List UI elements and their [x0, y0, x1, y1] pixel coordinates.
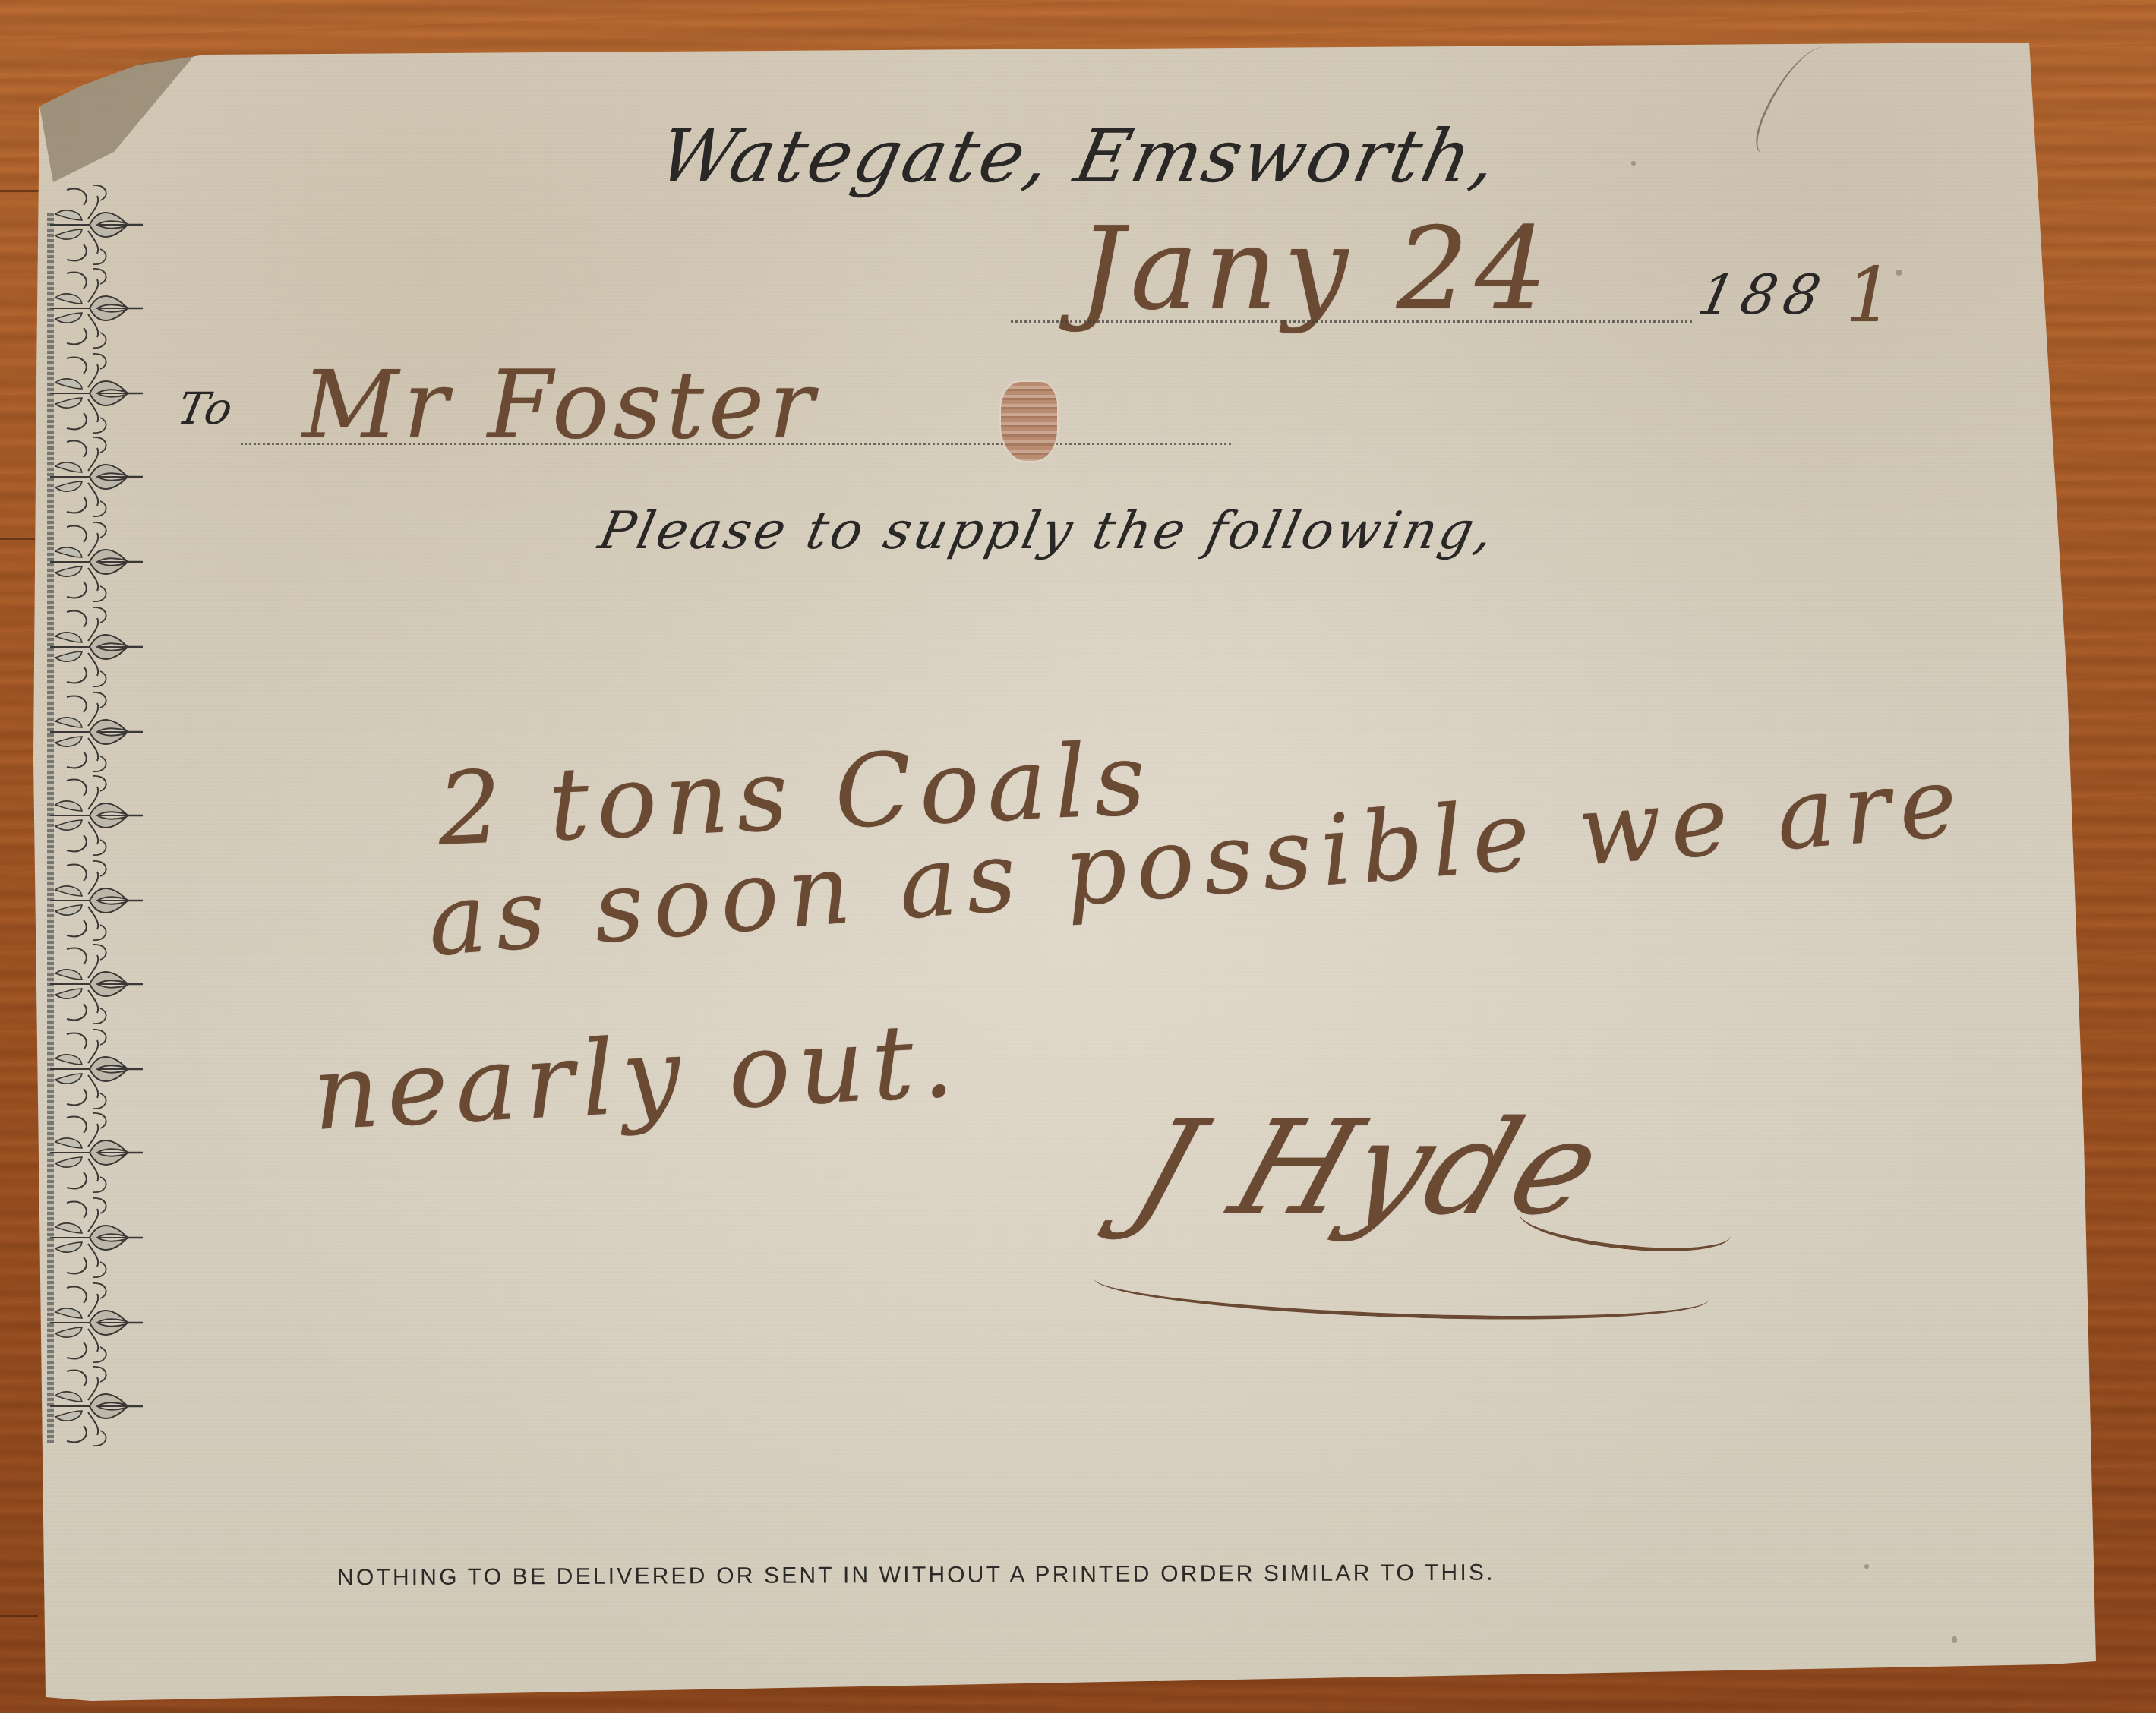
paper-spot [1952, 1636, 1957, 1643]
date-year-printed: 188 [1693, 263, 1833, 327]
to-label: To [173, 383, 238, 434]
paper-spot [1864, 1564, 1869, 1569]
date-year-handwritten: 1 [1845, 251, 1894, 339]
date-dotted-line [1011, 320, 1692, 323]
paper-spot [1631, 161, 1636, 166]
paper-spot [1896, 270, 1902, 276]
supply-instruction: Please to supply the following, [594, 501, 1502, 561]
fleur-de-lis-ornaments-icon [36, 152, 150, 1458]
paper-tear-damage [1001, 382, 1057, 461]
letterhead-address: Wategate, Emsworth, [652, 114, 1507, 199]
footer-notice: NOTHING TO BE DELIVERED OR SENT IN WITHO… [337, 1560, 1495, 1592]
wood-grain-line [0, 1615, 38, 1617]
ornamental-border [36, 152, 150, 1458]
recipient-dotted-line [241, 443, 1231, 445]
date-handwritten: Jany 24 [1078, 203, 1553, 336]
